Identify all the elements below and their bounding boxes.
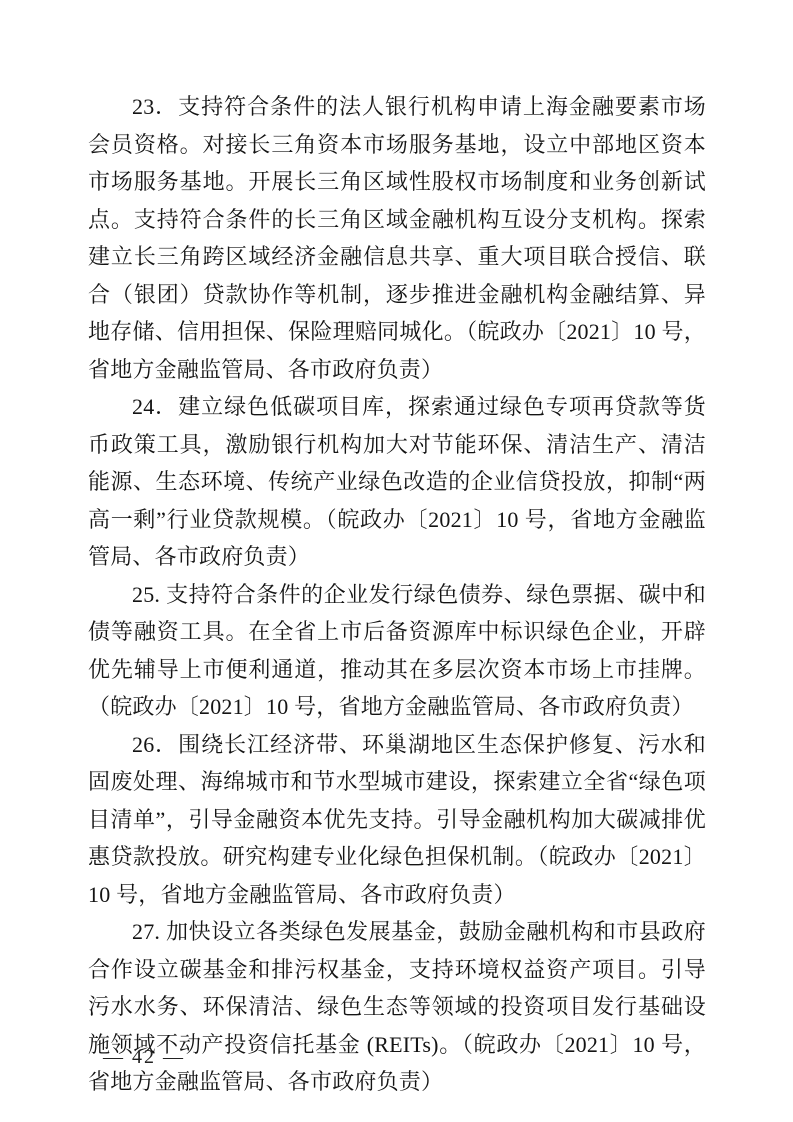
document-page: 23．支持符合条件的法人银行机构申请上海金融要素市场会员资格。对接长三角资本市场… [0,0,793,1122]
paragraph-item-25: 25. 支持符合条件的企业发行绿色债券、绿色票据、碳中和债等融资工具。在全省上市… [88,576,706,726]
document-body: 23．支持符合条件的法人银行机构申请上海金融要素市场会员资格。对接长三角资本市场… [88,88,706,1101]
paragraph-item-23: 23．支持符合条件的法人银行机构申请上海金融要素市场会员资格。对接长三角资本市场… [88,88,706,388]
paragraph-item-26: 26．围绕长江经济带、环巢湖地区生态保护修复、污水和固废处理、海绵城市和节水型城… [88,726,706,914]
paragraph-item-24: 24．建立绿色低碳项目库，探索通过绿色专项再贷款等货币政策工具，激励银行机构加大… [88,388,706,576]
paragraph-item-27: 27. 加快设立各类绿色发展基金，鼓励金融机构和市县政府合作设立碳基金和排污权基… [88,913,706,1101]
page-number: — 42 — [103,1046,185,1069]
